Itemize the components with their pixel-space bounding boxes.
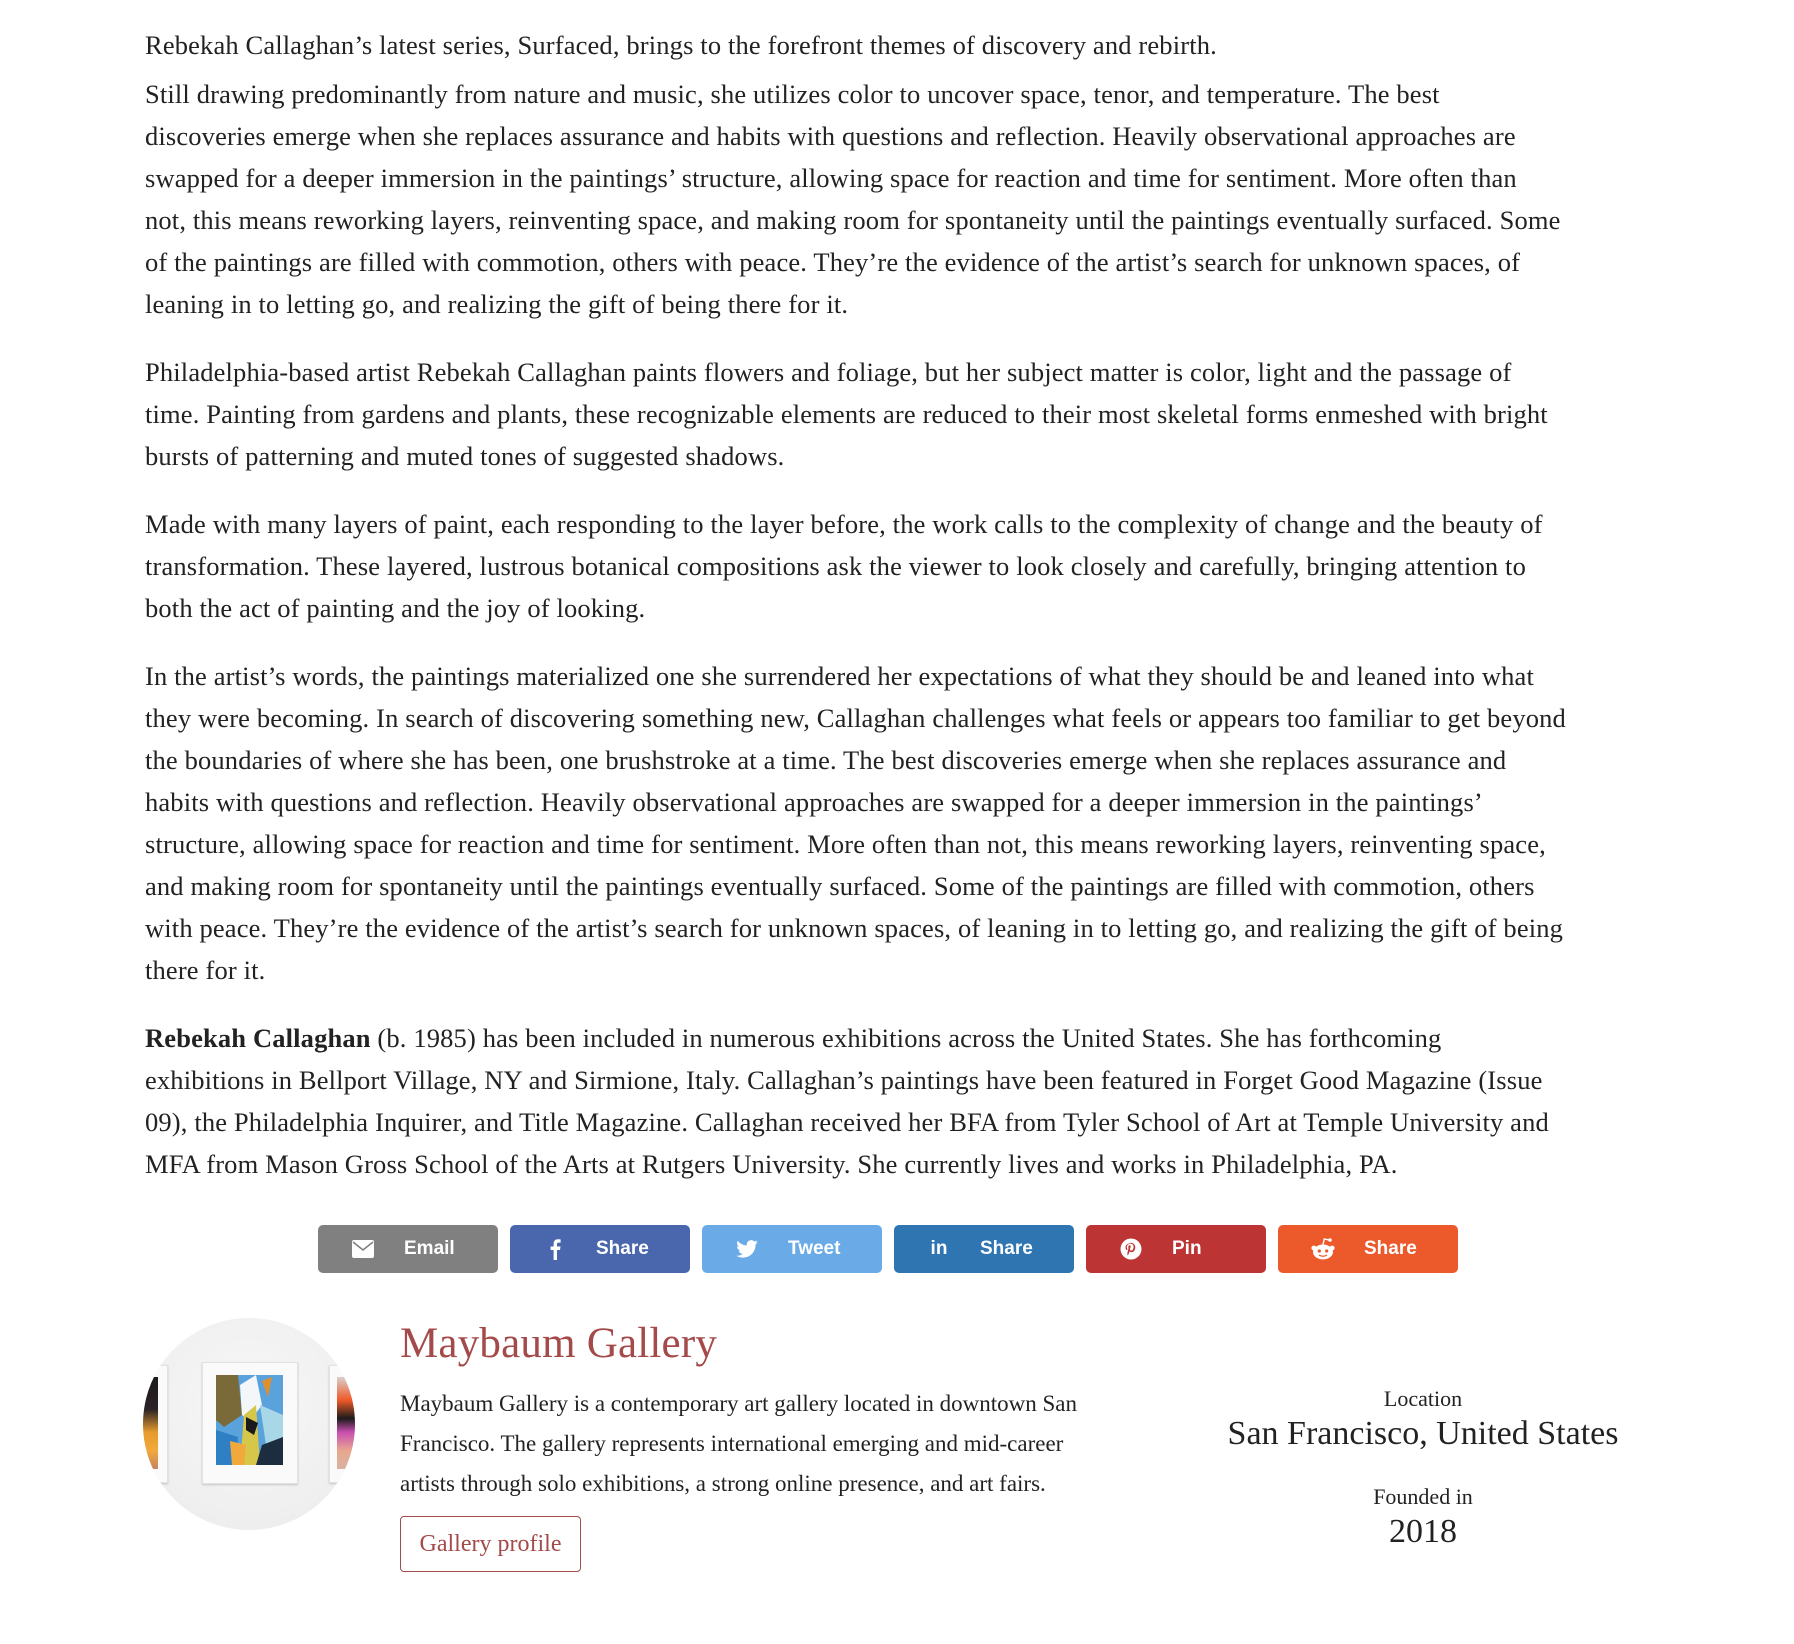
intro-line: Rebekah Callaghan’s latest series, Surfa… (145, 24, 1655, 66)
description-line: Francisco. The gallery represents intern… (400, 1424, 1140, 1464)
text-line: 09), the Philadelphia Inquirer, and Titl… (145, 1101, 1655, 1143)
artwork-frame-center (202, 1362, 298, 1484)
artwork-frame-left (143, 1365, 168, 1483)
share-linkedin-button[interactable]: in Share (894, 1225, 1074, 1273)
artwork-center (216, 1375, 283, 1465)
share-email-label: Email (404, 1238, 455, 1260)
gallery-description: Maybaum Gallery is a contemporary art ga… (400, 1384, 1140, 1504)
bio-first-line: (b. 1985) has been included in numerous … (371, 1023, 1442, 1053)
text-line: habits with questions and reflection. He… (145, 781, 1655, 823)
description-line: Maybaum Gallery is a contemporary art ga… (400, 1384, 1140, 1424)
artist-bio-paragraph: Rebekah Callaghan (b. 1985) has been inc… (145, 1017, 1655, 1185)
gallery-card: Maybaum Gallery Maybaum Gallery is a con… (143, 1318, 1653, 1598)
share-pinterest-label: Pin (1172, 1238, 1202, 1260)
text-line: swapped for a deeper immersion in the pa… (145, 157, 1655, 199)
artwork-right (337, 1377, 355, 1469)
text-line: of the paintings are filled with commoti… (145, 241, 1655, 283)
paragraph-2: Philadelphia-based artist Rebekah Callag… (145, 351, 1655, 477)
text-line: time. Painting from gardens and plants, … (145, 393, 1655, 435)
text-line: there for it. (145, 949, 1655, 991)
founded-value: 2018 (1203, 1512, 1643, 1552)
gallery-info: Maybaum Gallery Maybaum Gallery is a con… (400, 1318, 1140, 1572)
artwork-left (143, 1377, 158, 1469)
share-bar: Email Share Tweet in Share Pin Share (318, 1225, 1458, 1273)
location-label: Location (1203, 1384, 1643, 1414)
share-twitter-label: Tweet (788, 1238, 840, 1260)
paragraph-1: Still drawing predominantly from nature … (145, 73, 1655, 325)
founded-label: Founded in (1203, 1482, 1643, 1512)
location-value: San Francisco, United States (1203, 1414, 1643, 1454)
pinterest-icon (1118, 1236, 1144, 1262)
share-pinterest-button[interactable]: Pin (1086, 1225, 1266, 1273)
text-line: In the artist’s words, the paintings mat… (145, 655, 1655, 697)
linkedin-icon: in (926, 1236, 952, 1262)
share-facebook-label: Share (596, 1238, 649, 1260)
text-line: bursts of patterning and muted tones of … (145, 435, 1655, 477)
gallery-meta: Location San Francisco, United States Fo… (1203, 1384, 1643, 1552)
text-line: Philadelphia-based artist Rebekah Callag… (145, 351, 1655, 393)
text-line: Rebekah Callaghan (b. 1985) has been inc… (145, 1017, 1655, 1059)
share-twitter-button[interactable]: Tweet (702, 1225, 882, 1273)
text-line: and making room for spontaneity until th… (145, 865, 1655, 907)
share-email-button[interactable]: Email (318, 1225, 498, 1273)
text-line: the boundaries of where she has been, on… (145, 739, 1655, 781)
text-line: not, this means reworking layers, reinve… (145, 199, 1655, 241)
text-line: structure, allowing space for reaction a… (145, 823, 1655, 865)
text-line: exhibitions in Bellport Village, NY and … (145, 1059, 1655, 1101)
text-line: with peace. They’re the evidence of the … (145, 907, 1655, 949)
text-line: transformation. These layered, lustrous … (145, 545, 1655, 587)
facebook-icon (542, 1236, 568, 1262)
artist-name: Rebekah Callaghan (145, 1023, 371, 1053)
article-body: Rebekah Callaghan’s latest series, Surfa… (145, 24, 1655, 1211)
envelope-icon (350, 1236, 376, 1262)
paragraph-3: Made with many layers of paint, each res… (145, 503, 1655, 629)
text-line: leaning in to letting go, and realizing … (145, 283, 1655, 325)
share-facebook-button[interactable]: Share (510, 1225, 690, 1273)
meta-spacer (1203, 1454, 1643, 1482)
gallery-name-link[interactable]: Maybaum Gallery (400, 1318, 1140, 1370)
artwork-frame-right (329, 1365, 355, 1483)
twitter-icon (734, 1236, 760, 1262)
share-linkedin-label: Share (980, 1238, 1033, 1260)
description-line: artists through solo exhibitions, a stro… (400, 1464, 1140, 1504)
text-line: they were becoming. In search of discove… (145, 697, 1655, 739)
share-reddit-button[interactable]: Share (1278, 1225, 1458, 1273)
reddit-icon (1310, 1236, 1336, 1262)
share-reddit-label: Share (1364, 1238, 1417, 1260)
paragraph-4: In the artist’s words, the paintings mat… (145, 655, 1655, 991)
text-line: both the act of painting and the joy of … (145, 587, 1655, 629)
text-line: discoveries emerge when she replaces ass… (145, 115, 1655, 157)
gallery-profile-button[interactable]: Gallery profile (400, 1516, 581, 1572)
text-line: MFA from Mason Gross School of the Arts … (145, 1143, 1655, 1185)
gallery-avatar[interactable] (143, 1318, 355, 1530)
intro-paragraph: Rebekah Callaghan’s latest series, Surfa… (145, 24, 1655, 66)
text-line: Still drawing predominantly from nature … (145, 73, 1655, 115)
text-line: Made with many layers of paint, each res… (145, 503, 1655, 545)
